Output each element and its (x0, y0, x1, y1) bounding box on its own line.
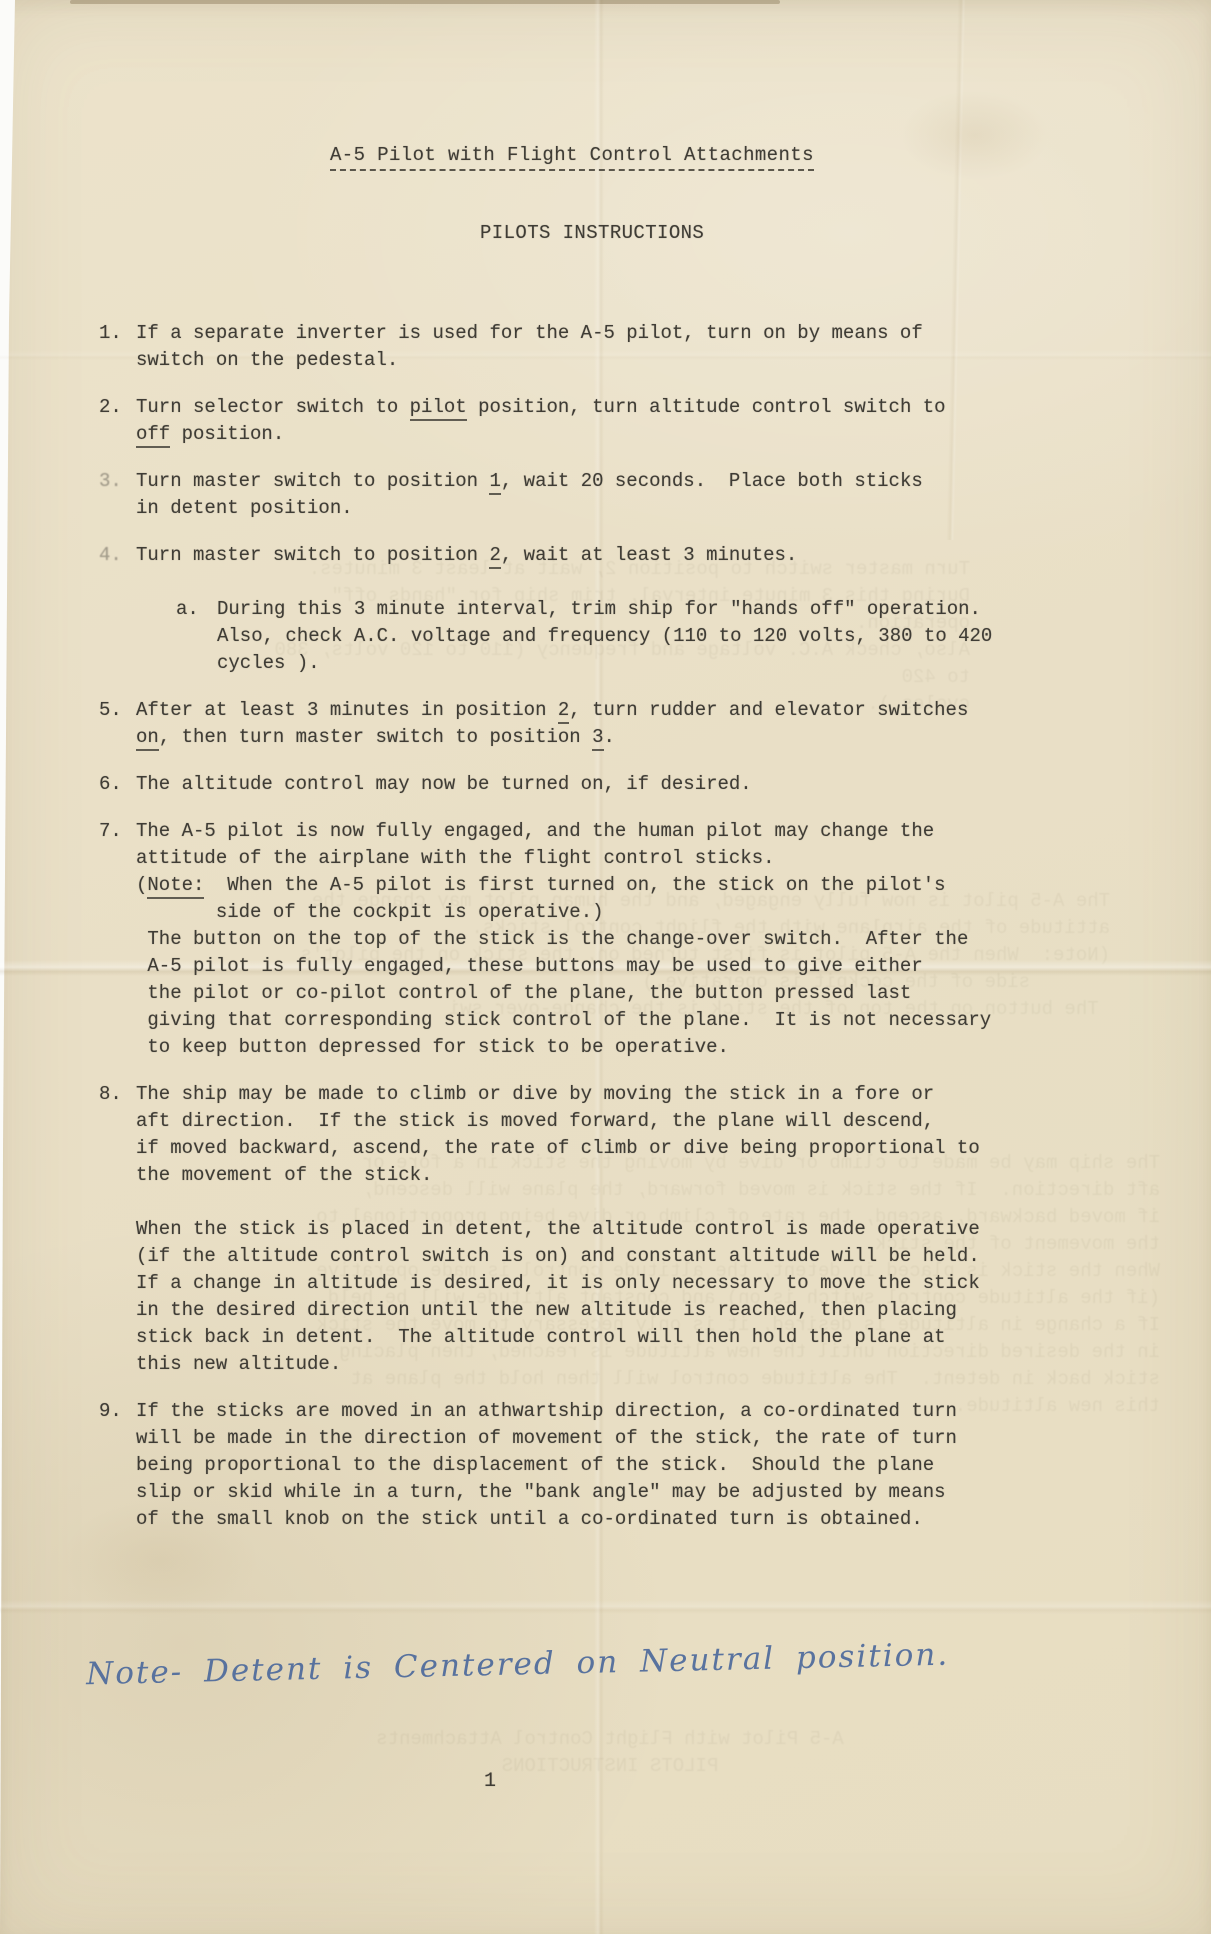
document-title: A-5 Pilot with Flight Control Attachment… (330, 144, 814, 166)
instruction-item: 3.Turn master switch to position 1, wait… (0, 468, 1211, 522)
page-number: 1 (484, 1770, 496, 1793)
item-text: The ship may be made to climb or dive by… (136, 1081, 1211, 1378)
instruction-item: 8.The ship may be made to climb or dive … (0, 1081, 1211, 1378)
item-number: 8. (99, 1081, 136, 1378)
instruction-item: 9.If the sticks are moved in an athwarts… (0, 1398, 1211, 1533)
item-paragraph: After at least 3 minutes in position 2, … (136, 697, 1171, 751)
item-text: If the sticks are moved in an athwartshi… (136, 1398, 1211, 1533)
instruction-item: 7.The A-5 pilot is now fully engaged, an… (0, 818, 1211, 1061)
item-text: If a separate inverter is used for the A… (136, 320, 1211, 374)
item-text: Turn master switch to position 2, wait a… (136, 542, 1211, 677)
sub-item-paragraph: a.During this 3 minute interval, trim sh… (136, 596, 1171, 677)
item-paragraph: Turn selector switch to pilot position, … (136, 394, 1171, 448)
item-paragraph: If a separate inverter is used for the A… (136, 320, 1171, 374)
sub-item-letter: a. (176, 596, 199, 623)
item-number: 3. (99, 468, 136, 522)
item-number: 6. (99, 771, 136, 798)
item-number: 5. (99, 697, 136, 751)
item-number: 1. (99, 320, 136, 374)
item-paragraph: Turn master switch to position 1, wait 2… (136, 468, 1171, 522)
instructions-list: 1.If a separate inverter is used for the… (0, 320, 1211, 1533)
instruction-item: 5.After at least 3 minutes in position 2… (0, 697, 1211, 751)
item-text: After at least 3 minutes in position 2, … (136, 697, 1211, 751)
item-text: The altitude control may now be turned o… (136, 771, 1211, 798)
instruction-item: 1.If a separate inverter is used for the… (0, 320, 1211, 374)
scanned-document-page: Turn master switch to position 2, wait a… (0, 0, 1211, 1934)
item-paragraph: The ship may be made to climb or dive by… (136, 1081, 1171, 1189)
item-number: 9. (99, 1398, 136, 1533)
paper-top-edge (70, 0, 780, 4)
instruction-item: 6.The altitude control may now be turned… (0, 771, 1211, 798)
item-paragraph: The altitude control may now be turned o… (136, 771, 1171, 798)
item-number: 7. (99, 818, 136, 1061)
item-paragraph: The A-5 pilot is now fully engaged, and … (136, 818, 1171, 1061)
item-paragraph: Turn master switch to position 2, wait a… (136, 542, 1171, 569)
item-text: The A-5 pilot is now fully engaged, and … (136, 818, 1211, 1061)
item-paragraph: When the stick is placed in detent, the … (136, 1216, 1171, 1378)
item-number: 2. (99, 394, 136, 448)
instruction-item: 2.Turn selector switch to pilot position… (0, 394, 1211, 448)
item-number: 4. (99, 542, 136, 677)
item-paragraph: If the sticks are moved in an athwartshi… (136, 1398, 1171, 1533)
document-title-text: A-5 Pilot with Flight Control Attachment… (330, 144, 814, 171)
document-subtitle: PILOTS INSTRUCTIONS (480, 222, 704, 244)
item-text: Turn selector switch to pilot position, … (136, 394, 1211, 448)
instruction-item: 4.Turn master switch to position 2, wait… (0, 542, 1211, 677)
item-text: Turn master switch to position 1, wait 2… (136, 468, 1211, 522)
